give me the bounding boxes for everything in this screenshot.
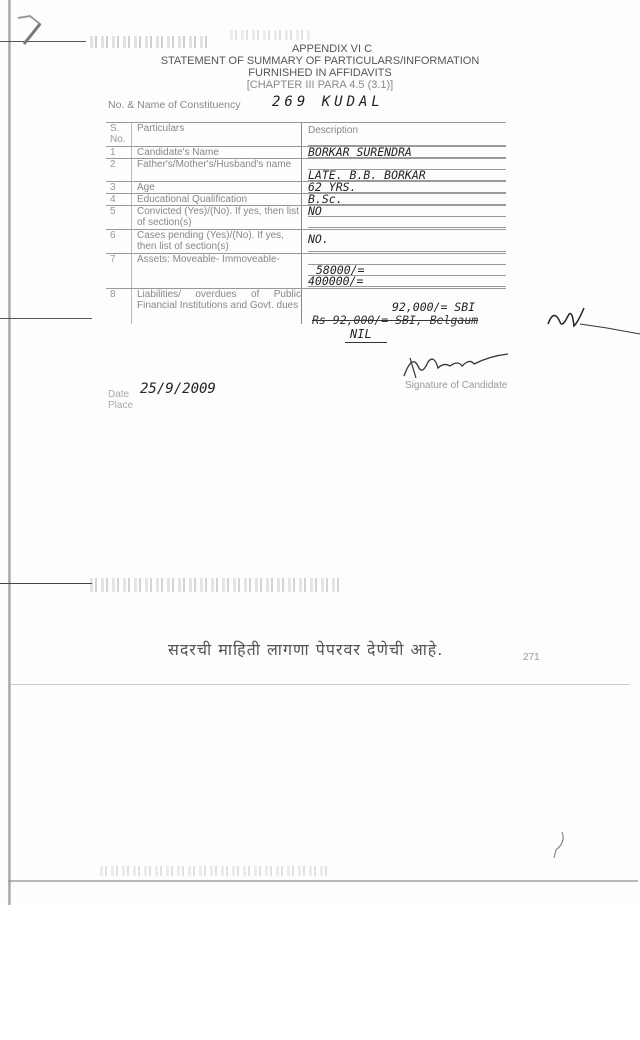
- row-number: 7: [106, 254, 132, 288]
- table-row: 7 Assets: Moveable- Immoveable- 58000/= …: [106, 253, 506, 288]
- row-description: 58000/= 400000/=: [302, 254, 506, 288]
- fold-line: [0, 318, 92, 319]
- row-description: NO: [302, 206, 506, 229]
- scan-noise: [230, 30, 310, 40]
- appendix-heading: APPENDIX VI C: [12, 43, 640, 55]
- row-description: LATE. B.B. BORKAR: [302, 159, 506, 181]
- header-description: Description: [302, 123, 506, 146]
- faint-rule: [10, 684, 630, 685]
- particulars-table: S. No. Particulars Description 1 Candida…: [106, 122, 506, 324]
- row-number: 2: [106, 159, 132, 181]
- row-particular: Educational Qualification: [132, 194, 302, 205]
- fold-line: [0, 583, 92, 584]
- page-bottom-edge: [8, 880, 638, 882]
- header-sno: S. No.: [106, 123, 132, 146]
- row-description: BORKAR SURENDRA: [302, 147, 506, 158]
- table-row: 5 Convicted (Yes)/(No). If yes, then lis…: [106, 205, 506, 229]
- row-particular: Assets: Moveable- Immoveable-: [132, 254, 302, 288]
- scan-noise: [100, 866, 330, 876]
- nil-underline: [345, 342, 387, 343]
- row-particular: Age: [132, 182, 302, 193]
- candidate-signature-icon: [400, 348, 510, 382]
- header-particulars: Particulars: [132, 123, 302, 146]
- row-description: B.Sc.: [302, 194, 506, 205]
- handwritten-note: सदरची माहिती लागणा पेपरवर देणेची आहे.: [168, 638, 443, 660]
- row-description: NO.: [302, 230, 506, 253]
- constituency-value: 269 KUDAL: [272, 94, 384, 110]
- table-row: 3 Age 62 YRS.: [106, 181, 506, 193]
- row-number: 3: [106, 182, 132, 193]
- table-header-row: S. No. Particulars Description: [106, 122, 506, 146]
- table-row: 6 Cases pending (Yes)/(No). If yes, then…: [106, 229, 506, 253]
- row-particular: Convicted (Yes)/(No). If yes, then list …: [132, 206, 302, 229]
- row-particular: Candidate's Name: [132, 147, 302, 158]
- initials-stroke-icon: [580, 320, 640, 336]
- place-label: Place: [108, 400, 133, 411]
- document-subtitle: FURNISHED IN AFFIDAVITS: [0, 67, 640, 79]
- row-number: 4: [106, 194, 132, 205]
- scan-noise: [90, 578, 340, 592]
- date-value: 25/9/2009: [140, 381, 216, 397]
- chapter-reference: [CHAPTER III PARA 4.5 (3.1)]: [0, 79, 640, 91]
- constituency-label: No. & Name of Constituency: [108, 99, 240, 111]
- row-number: 6: [106, 230, 132, 253]
- signature-label: Signature of Candidate: [405, 380, 507, 391]
- pen-mark-icon: [552, 832, 566, 858]
- scan-edge-shadow: [8, 0, 11, 905]
- table-row: 2 Father's/Mother's/Husband's name LATE.…: [106, 158, 506, 181]
- page-number: 271: [523, 652, 540, 663]
- document-title: STATEMENT OF SUMMARY OF PARTICULARS/INFO…: [0, 55, 640, 67]
- table-row: 1 Candidate's Name BORKAR SURENDRA: [106, 146, 506, 158]
- liability-struck-entry: Rs 92,000/= SBI, Belgaum: [312, 313, 492, 327]
- row-particular: Cases pending (Yes)/(No). If yes, then l…: [132, 230, 302, 253]
- date-label: Date: [108, 389, 129, 400]
- row-number: 5: [106, 206, 132, 229]
- row-particular: Liabilities/ overdues of Public Financia…: [132, 289, 302, 324]
- row-number: 8: [106, 289, 132, 324]
- liability-final: NIL: [350, 327, 372, 341]
- row-number: 1: [106, 147, 132, 158]
- liability-correction: 92,000/= SBI: [392, 300, 475, 314]
- table-row: 4 Educational Qualification B.Sc.: [106, 193, 506, 205]
- row-particular: Father's/Mother's/Husband's name: [132, 159, 302, 181]
